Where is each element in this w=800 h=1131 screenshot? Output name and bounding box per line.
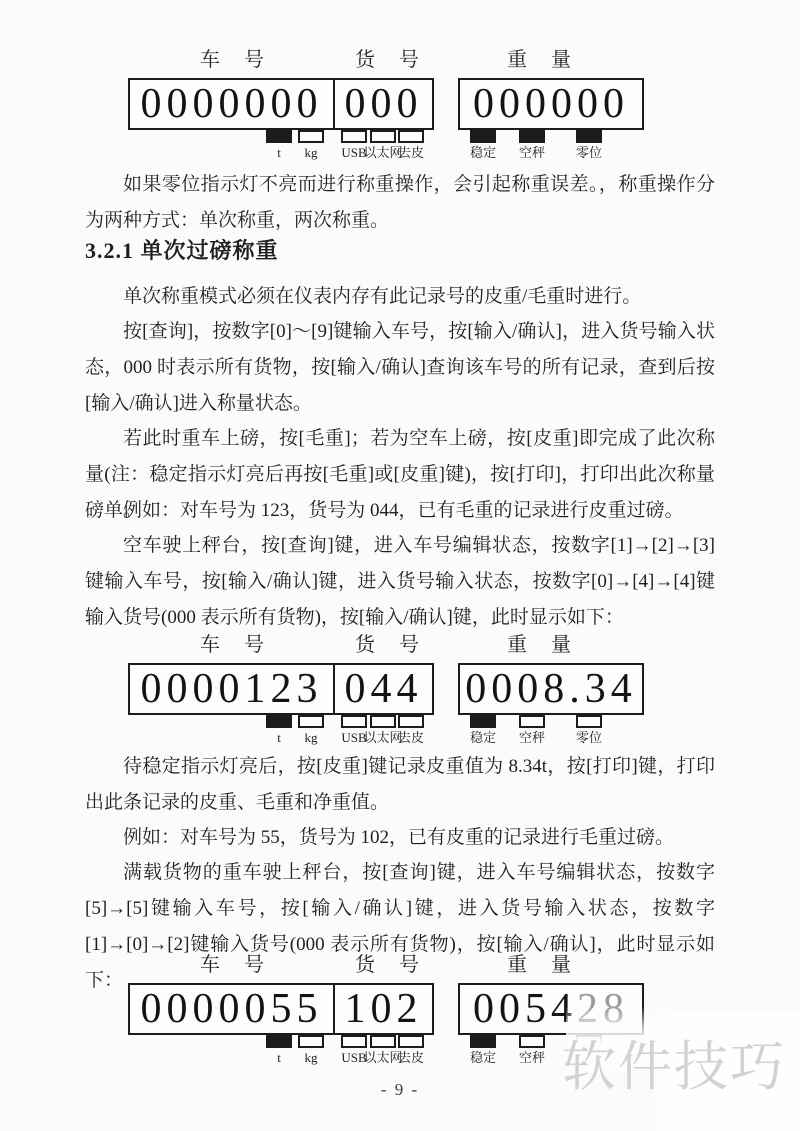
vehicle-number-value: 0000000: [141, 80, 323, 128]
indicator-tare: 去皮: [389, 1035, 433, 1065]
vehicle-goods-display-box: 0000123 044: [128, 663, 434, 715]
indicator-zero-lamp: [576, 130, 602, 143]
indicator-stable-lamp: [470, 130, 496, 143]
paragraph-5: 空车驶上秤台，按[查询]键，进入车号编辑状态，按数字[1]→[2]→[3]键输入…: [85, 528, 715, 636]
indicator-tare-label: 去皮: [389, 730, 433, 745]
goods-number-value: 000: [345, 80, 423, 128]
indicator-kg-label: kg: [289, 1050, 333, 1065]
vehicle-number-display: 0000055: [130, 985, 335, 1033]
section-heading: 3.2.1 单次过磅称重: [85, 236, 279, 266]
indicator-kg-label: kg: [289, 145, 333, 160]
weight-value: 000000: [473, 80, 629, 128]
goods-number-value: 044: [345, 665, 423, 713]
paragraph-7: 例如：对车号为 55，货号为 102，已有皮重的记录进行毛重过磅。: [85, 820, 715, 856]
vehicle-goods-display-box: 0000000 000: [128, 78, 434, 130]
weight-label: 重 量: [475, 48, 605, 72]
vehicle-number-display: 0000000: [130, 80, 335, 128]
indicator-empty-scale-label: 空秤: [510, 730, 554, 745]
indicator-stable-label: 稳定: [461, 145, 505, 160]
indicator-empty-scale: 空秤: [510, 130, 554, 160]
indicator-empty-scale-label: 空秤: [510, 145, 554, 160]
indicator-kg-lamp: [298, 130, 324, 143]
weight-value: 0054: [473, 985, 577, 1033]
vehicle-number-label: 车 号: [168, 633, 298, 657]
indicator-zero: 零位: [567, 130, 611, 160]
indicator-empty-scale-lamp: [519, 130, 545, 143]
paragraph-6: 待稳定指示灯亮后，按[皮重]键记录皮重值为 8.34t，按[打印]键，打印出此条…: [85, 749, 715, 821]
vehicle-number-value: 0000055: [141, 985, 323, 1033]
paragraph-intro: 如果零位指示灯不亮而进行称重操作，会引起称重误差。，称重操作分为两种方式：单次称…: [85, 167, 715, 239]
display-diagram-1: 车 号 货 号 重 量 0000000 000 000000 t kg USB: [128, 48, 643, 166]
indicator-stable: 稳定: [461, 130, 505, 160]
goods-number-label: 货 号: [323, 48, 453, 72]
paragraph-2: 按[查询]，按数字[0]～[9]键输入车号，按[输入/确认]，进入货号输入状态，…: [85, 314, 715, 422]
vehicle-number-label: 车 号: [168, 48, 298, 72]
goods-number-display: 044: [335, 665, 432, 713]
indicator-empty-scale-lamp: [519, 715, 545, 728]
indicator-empty-scale-lamp: [519, 1035, 545, 1048]
weight-value: 0008.34: [465, 665, 637, 713]
goods-number-value: 102: [345, 985, 423, 1033]
indicator-tare: 去皮: [389, 130, 433, 160]
vehicle-goods-display-box: 0000055 102: [128, 983, 434, 1035]
indicator-stable-lamp: [470, 715, 496, 728]
indicator-empty-scale: 空秤: [510, 715, 554, 745]
watermark-text: 软件技巧: [562, 1038, 786, 1096]
weight-display: 0008.34: [458, 663, 644, 715]
indicator-tare-lamp: [398, 130, 424, 143]
manual-page: 车 号 货 号 重 量 0000000 000 000000 t kg USB: [0, 0, 800, 1131]
indicator-empty-scale-label: 空秤: [510, 1050, 554, 1065]
vehicle-number-display: 0000123: [130, 665, 335, 713]
indicator-tare-label: 去皮: [389, 1050, 433, 1065]
weight-display: 000000: [458, 78, 644, 130]
indicator-stable-label: 稳定: [461, 1050, 505, 1065]
indicator-kg-label: kg: [289, 730, 333, 745]
indicator-stable-lamp: [470, 1035, 496, 1048]
indicator-kg: kg: [289, 715, 333, 745]
weight-label: 重 量: [475, 633, 605, 657]
indicator-tare-lamp: [398, 715, 424, 728]
paragraph-1: 单次称重模式必须在仪表内存有此记录号的皮重/毛重时进行。: [85, 279, 715, 315]
indicator-kg: kg: [289, 1035, 333, 1065]
indicator-tare: 去皮: [389, 715, 433, 745]
indicator-kg-lamp: [298, 715, 324, 728]
vehicle-number-value: 0000123: [141, 665, 323, 713]
indicator-zero-lamp: [576, 715, 602, 728]
goods-number-display: 000: [335, 80, 432, 128]
indicator-kg: kg: [289, 130, 333, 160]
indicator-kg-lamp: [298, 1035, 324, 1048]
vehicle-number-label: 车 号: [168, 953, 298, 977]
indicator-zero-label: 零位: [567, 145, 611, 160]
goods-number-label: 货 号: [323, 633, 453, 657]
indicator-empty-scale: 空秤: [510, 1035, 554, 1065]
indicator-tare-label: 去皮: [389, 145, 433, 160]
goods-number-display: 102: [335, 985, 432, 1033]
weight-label: 重 量: [475, 953, 605, 977]
indicator-stable: 稳定: [461, 715, 505, 745]
indicator-stable: 稳定: [461, 1035, 505, 1065]
indicator-stable-label: 稳定: [461, 730, 505, 745]
paragraph-4: 例如：对车号为 123，货号为 044，已有毛重的记录进行皮重过磅。: [85, 493, 715, 529]
indicator-zero-label: 零位: [567, 730, 611, 745]
indicator-zero: 零位: [567, 715, 611, 745]
indicator-tare-lamp: [398, 1035, 424, 1048]
display-diagram-2: 车 号 货 号 重 量 0000123 044 0008.34 t kg USB: [128, 633, 643, 751]
goods-number-label: 货 号: [323, 953, 453, 977]
